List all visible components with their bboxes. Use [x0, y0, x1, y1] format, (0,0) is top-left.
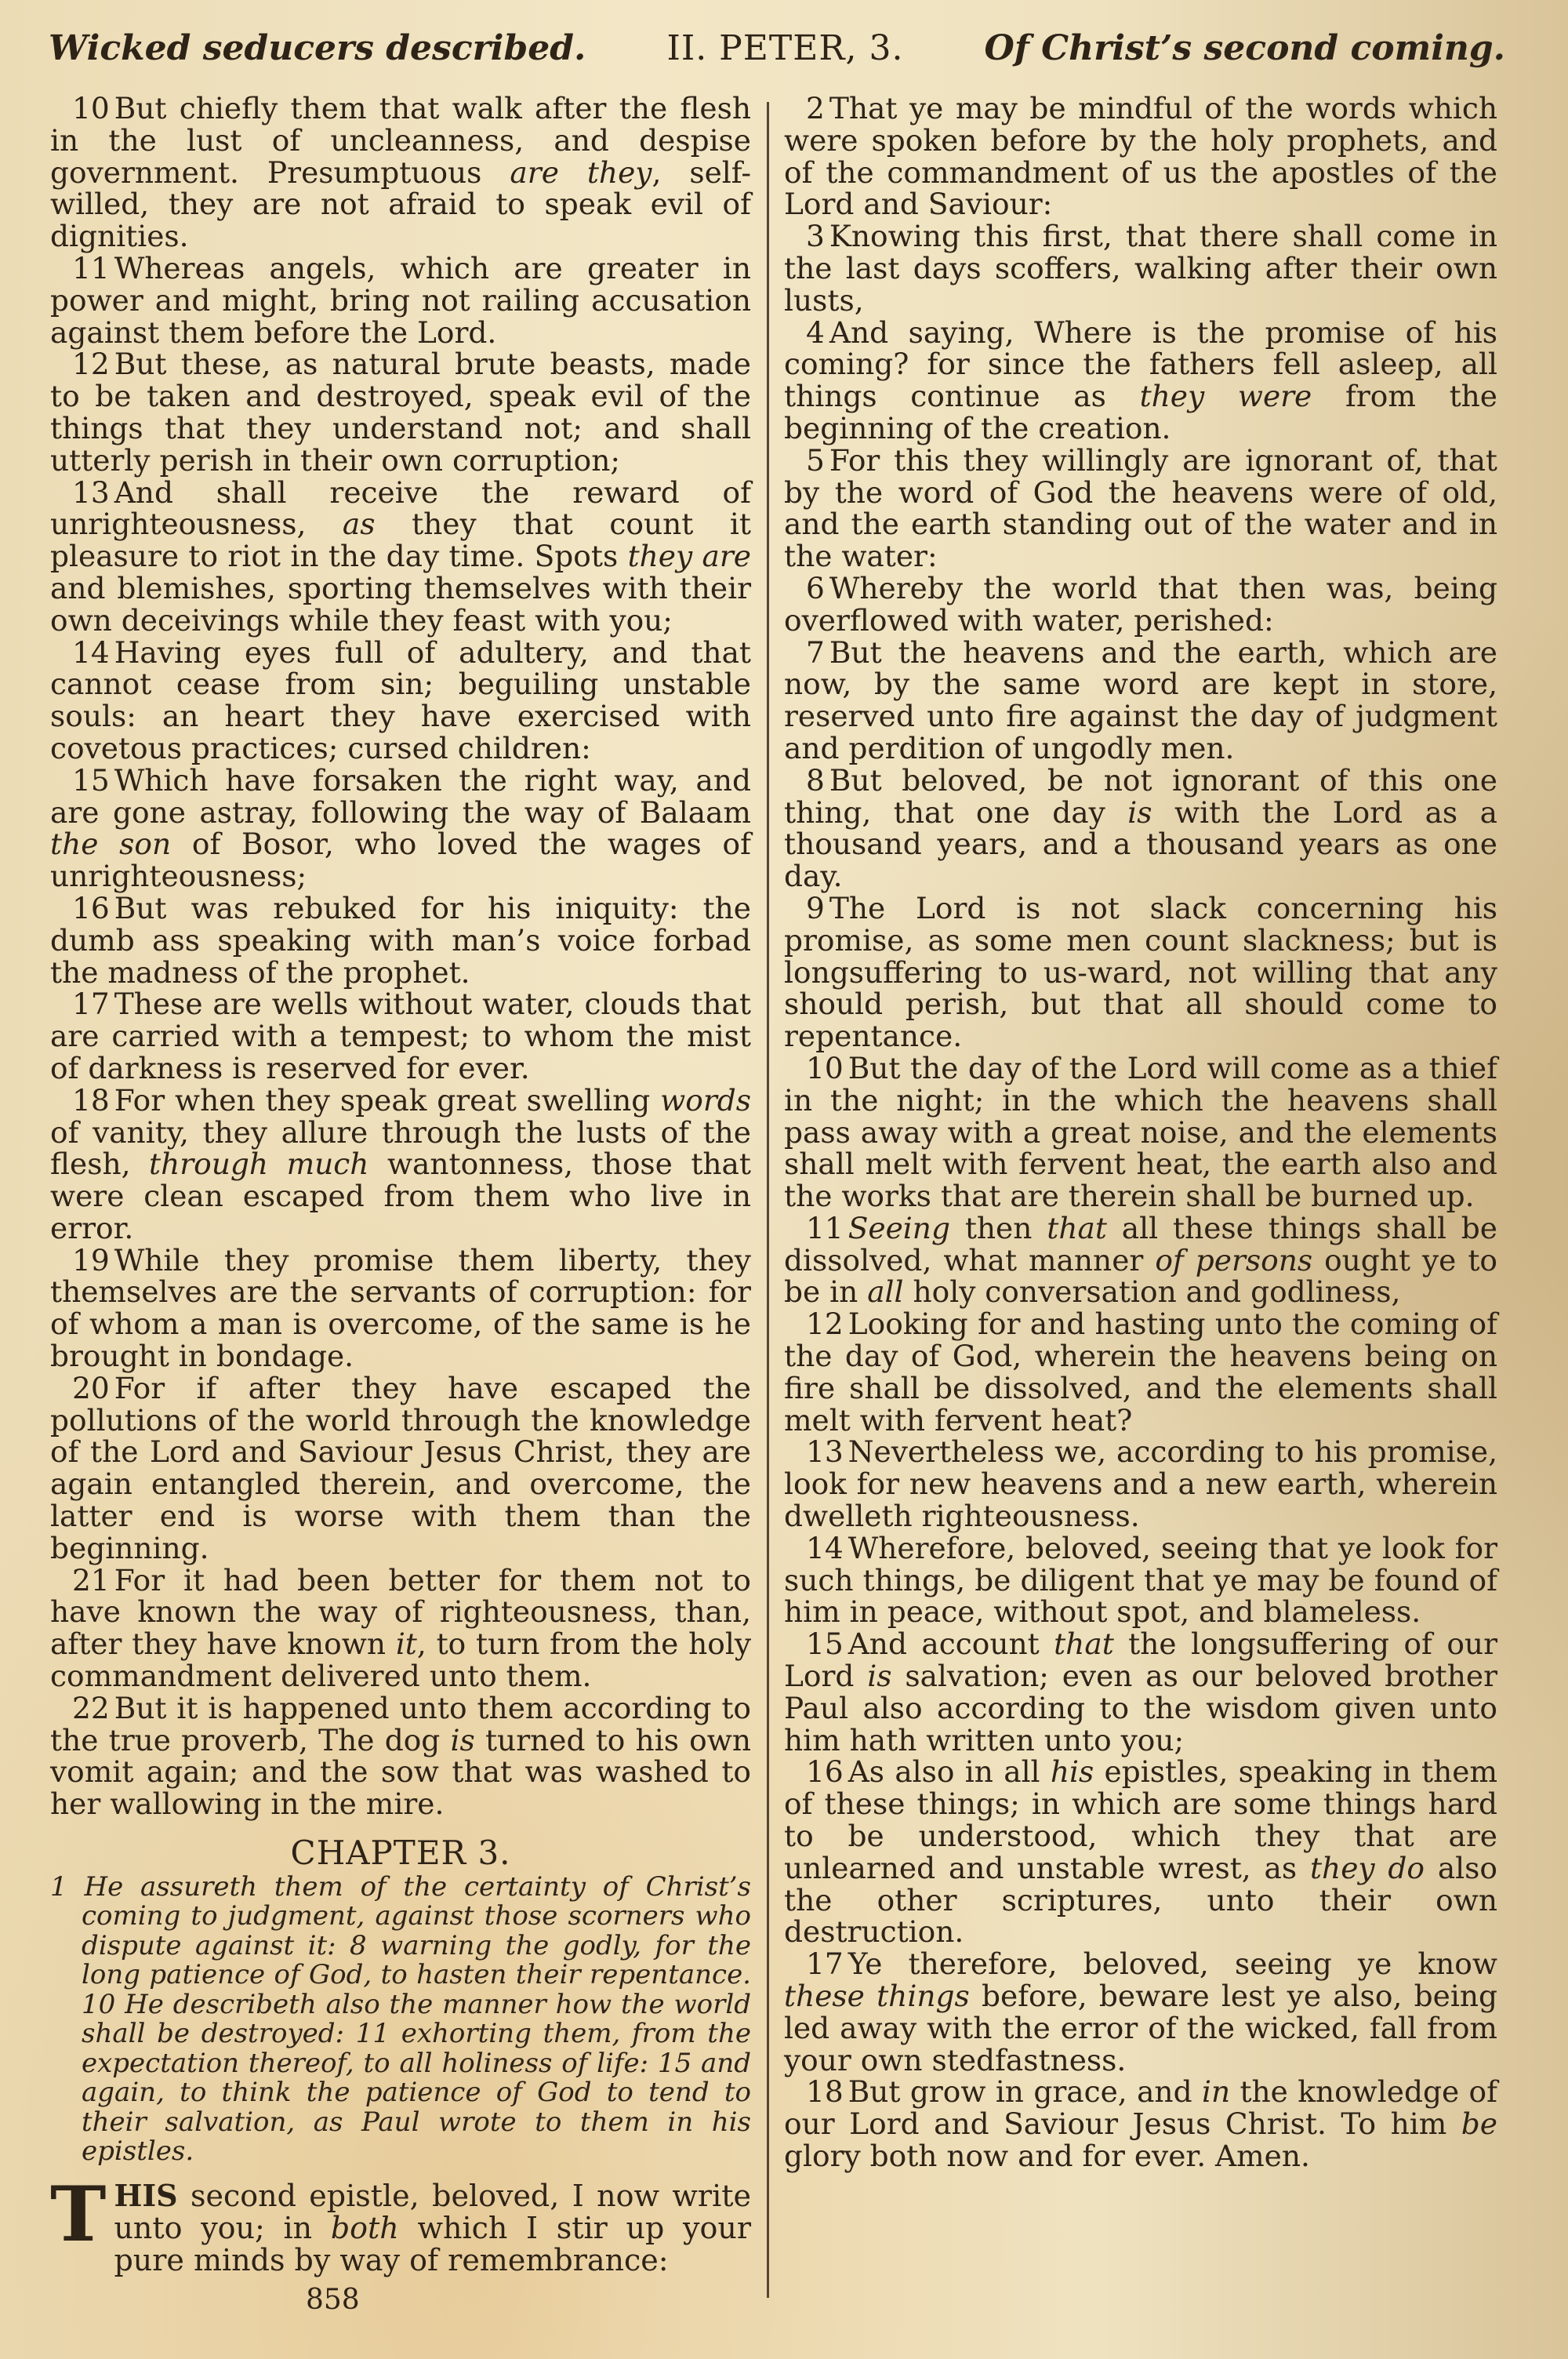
verse-number: 17: [806, 1946, 844, 1981]
verse-number: 17: [72, 987, 110, 1021]
verse-22: 22But it is happened unto them according…: [50, 1692, 751, 1820]
verse-number: 5: [806, 443, 825, 478]
verse-text: That ye may be mindful of the words whic…: [784, 91, 1497, 221]
verse-number: 7: [806, 635, 825, 670]
verse-19: 19While they promise them liberty, they …: [50, 1245, 751, 1372]
italic-text: it: [396, 1627, 417, 1661]
verse-number: 10: [806, 1051, 844, 1085]
bible-page: Wicked seducers described. II. PETER, 3.…: [0, 0, 1568, 2359]
verse-number: 6: [806, 571, 825, 605]
verse-number: 13: [72, 475, 110, 510]
left-verses: 10But chiefly them that walk after the f…: [50, 93, 751, 1820]
italic-text: they were: [1140, 379, 1312, 413]
verse-text: Which have forsaken the right way, and a…: [50, 763, 751, 830]
verse-14: 14Wherefore, beloved, seeing that ye loo…: [784, 1532, 1497, 1628]
verse-number: 14: [72, 635, 110, 670]
italic-text: as: [343, 507, 376, 541]
verse-2: 2That ye may be mindful of the words whi…: [784, 93, 1497, 220]
verse-number: 20: [72, 1371, 110, 1405]
verse-text: Looking for and hasting unto the coming …: [784, 1307, 1497, 1437]
running-head-center: II. PETER, 3.: [666, 28, 903, 68]
verse-17: 17These are wells without water, clouds …: [50, 988, 751, 1084]
verse-number: 13: [806, 1434, 844, 1469]
italic-text: be: [1461, 2106, 1497, 2141]
drop-cap: T: [50, 2184, 106, 2245]
running-head-left: Wicked seducers described.: [49, 28, 586, 68]
verse-text: But the heavens and the earth, which are…: [784, 635, 1497, 765]
verse-15: 15And account that the longsuffering of …: [784, 1628, 1497, 1756]
verse-number: 15: [72, 763, 110, 798]
verse-text: For when they speak great swelling: [114, 1083, 660, 1118]
verse-text: For if after they have escaped the pollu…: [50, 1371, 751, 1565]
italic-text: through much: [149, 1147, 368, 1181]
verse-number: 15: [806, 1627, 844, 1661]
verse-12: 12But these, as natural brute beasts, ma…: [50, 348, 751, 476]
verse-11: 11Whereas angels, which are greater in p…: [50, 253, 751, 348]
verse-number: 9: [806, 891, 825, 925]
verse-number: 3: [806, 219, 825, 253]
verse-8: 8But beloved, be not ignorant of this on…: [784, 765, 1497, 892]
verse-18: 18For when they speak great swelling wor…: [50, 1085, 751, 1245]
verse-6: 6Whereby the world that then was, being …: [784, 572, 1497, 637]
verse-7: 7But the heavens and the earth, which ar…: [784, 637, 1497, 765]
verse-12: 12Looking for and hasting unto the comin…: [784, 1308, 1497, 1436]
opening-caps: HIS: [114, 2178, 177, 2213]
verse-3: 3Knowing this first, that there shall co…: [784, 220, 1497, 316]
verse-16: 16As also in all his epistles, speaking …: [784, 1756, 1497, 1948]
verse-13: 13And shall receive the reward of unrigh…: [50, 477, 751, 637]
verse-text: Ye therefore, beloved, seeing ye know: [848, 1946, 1497, 1981]
italic-text: is: [867, 1659, 891, 1693]
verse-number: 8: [806, 763, 825, 798]
italic-text: are they: [510, 155, 652, 190]
verse-text: But these, as natural brute beasts, made…: [50, 347, 751, 477]
verse-text: But grow in grace, and: [848, 2074, 1202, 2109]
verse-text: Nevertheless we, according to his promis…: [784, 1434, 1497, 1533]
verse-number: 21: [72, 1563, 110, 1598]
verse-number: 10: [72, 91, 110, 125]
verse-number: 12: [806, 1307, 844, 1341]
verse-16: 16But was rebuked for his iniquity: the …: [50, 892, 751, 988]
page-number: 858: [306, 2284, 360, 2316]
chapter-opening: THIS second epistle, beloved, I now writ…: [50, 2179, 751, 2277]
verse-text: The Lord is not slack concerning his pro…: [784, 891, 1497, 1053]
verse-4: 4And saying, Where is the promise of his…: [784, 317, 1497, 445]
italic-text: these things: [784, 1979, 970, 2013]
verse-17: 17Ye therefore, beloved, seeing ye know …: [784, 1948, 1497, 2076]
italic-text: Seeing: [848, 1211, 950, 1245]
verse-text: Whereas angels, which are greater in pow…: [50, 251, 751, 350]
verse-text: While they promise them liberty, they th…: [50, 1243, 751, 1373]
verse-text: then: [950, 1211, 1047, 1245]
verse-number: 22: [72, 1691, 110, 1725]
italic-text: is: [1127, 795, 1152, 830]
italic-text: in: [1202, 2074, 1230, 2109]
verse-number: 11: [72, 251, 110, 285]
verse-11: 11Seeing then that all these things shal…: [784, 1212, 1497, 1308]
italic-text: that: [1047, 1211, 1107, 1245]
verse-number: 16: [72, 891, 110, 925]
italic-text: the son: [50, 827, 171, 861]
verse-text: These are wells without water, clouds th…: [50, 987, 751, 1085]
verse-number: 2: [806, 91, 825, 125]
italic-text: his: [1051, 1754, 1094, 1789]
italic-text: they do: [1310, 1851, 1425, 1885]
verse-text: holy conversation and godliness,: [904, 1274, 1401, 1309]
verse-20: 20For if after they have escaped the pol…: [50, 1372, 751, 1565]
verse-text: And account: [848, 1627, 1054, 1661]
verse-text: As also in all: [848, 1754, 1051, 1789]
right-verses: 2That ye may be mindful of the words whi…: [784, 93, 1497, 2172]
verse-text: Whereby the world that then was, being o…: [784, 571, 1497, 638]
italic-text: all: [867, 1274, 903, 1309]
verse-number: 4: [806, 315, 825, 350]
verse-text: Wherefore, beloved, seeing that ye look …: [784, 1531, 1497, 1630]
opening-text: second epistle, beloved, I now write unt…: [114, 2179, 751, 2277]
running-head-right: Of Christ’s second coming.: [985, 28, 1505, 68]
right-column: 2That ye may be mindful of the words whi…: [784, 93, 1497, 2172]
italic-text: is: [451, 1723, 475, 1757]
italic-text: both: [331, 2211, 399, 2245]
verse-number: 11: [806, 1211, 844, 1245]
verse-13: 13Nevertheless we, according to his prom…: [784, 1436, 1497, 1532]
verse-10: 10But chiefly them that walk after the f…: [50, 93, 751, 253]
verse-14: 14Having eyes full of adultery, and that…: [50, 637, 751, 765]
verse-number: 14: [806, 1531, 844, 1565]
italic-text: they are: [628, 539, 751, 573]
verse-text: glory both now and for ever. Amen.: [784, 2139, 1310, 2173]
verse-10: 10But the day of the Lord will come as a…: [784, 1052, 1497, 1212]
verse-9: 9The Lord is not slack concerning his pr…: [784, 892, 1497, 1052]
verse-number: 18: [806, 2074, 844, 2109]
verse-number: 18: [72, 1083, 110, 1118]
verse-number: 19: [72, 1243, 110, 1278]
verse-text: But was rebuked for his iniquity: the du…: [50, 891, 751, 990]
verse-15: 15Which have forsaken the right way, and…: [50, 765, 751, 892]
verse-5: 5For this they willingly are ignorant of…: [784, 445, 1497, 572]
italic-text: words: [660, 1083, 751, 1118]
verse-text: and blemishes, sporting themselves with …: [50, 571, 751, 638]
verse-18: 18But grow in grace, and in the knowledg…: [784, 2076, 1497, 2172]
italic-text: that: [1054, 1627, 1114, 1661]
italic-text: of persons: [1155, 1243, 1312, 1278]
running-head: Wicked seducers described. II. PETER, 3.…: [49, 28, 1505, 75]
verse-21: 21For it had been better for them not to…: [50, 1565, 751, 1692]
verse-text: Knowing this first, that there shall com…: [784, 219, 1497, 318]
chapter-title: CHAPTER 3.: [50, 1837, 751, 1870]
left-column: 10But chiefly them that walk after the f…: [50, 93, 751, 2277]
chapter-summary: 1 He assureth them of the certainty of C…: [50, 1873, 751, 2167]
verse-text: For this they willingly are ignorant of,…: [784, 443, 1497, 573]
verse-text: But the day of the Lord will come as a t…: [784, 1051, 1497, 1213]
verse-number: 12: [72, 347, 110, 381]
verse-number: 16: [806, 1754, 844, 1789]
verse-text: Having eyes full of adultery, and that c…: [50, 635, 751, 765]
column-divider: [767, 102, 769, 2298]
